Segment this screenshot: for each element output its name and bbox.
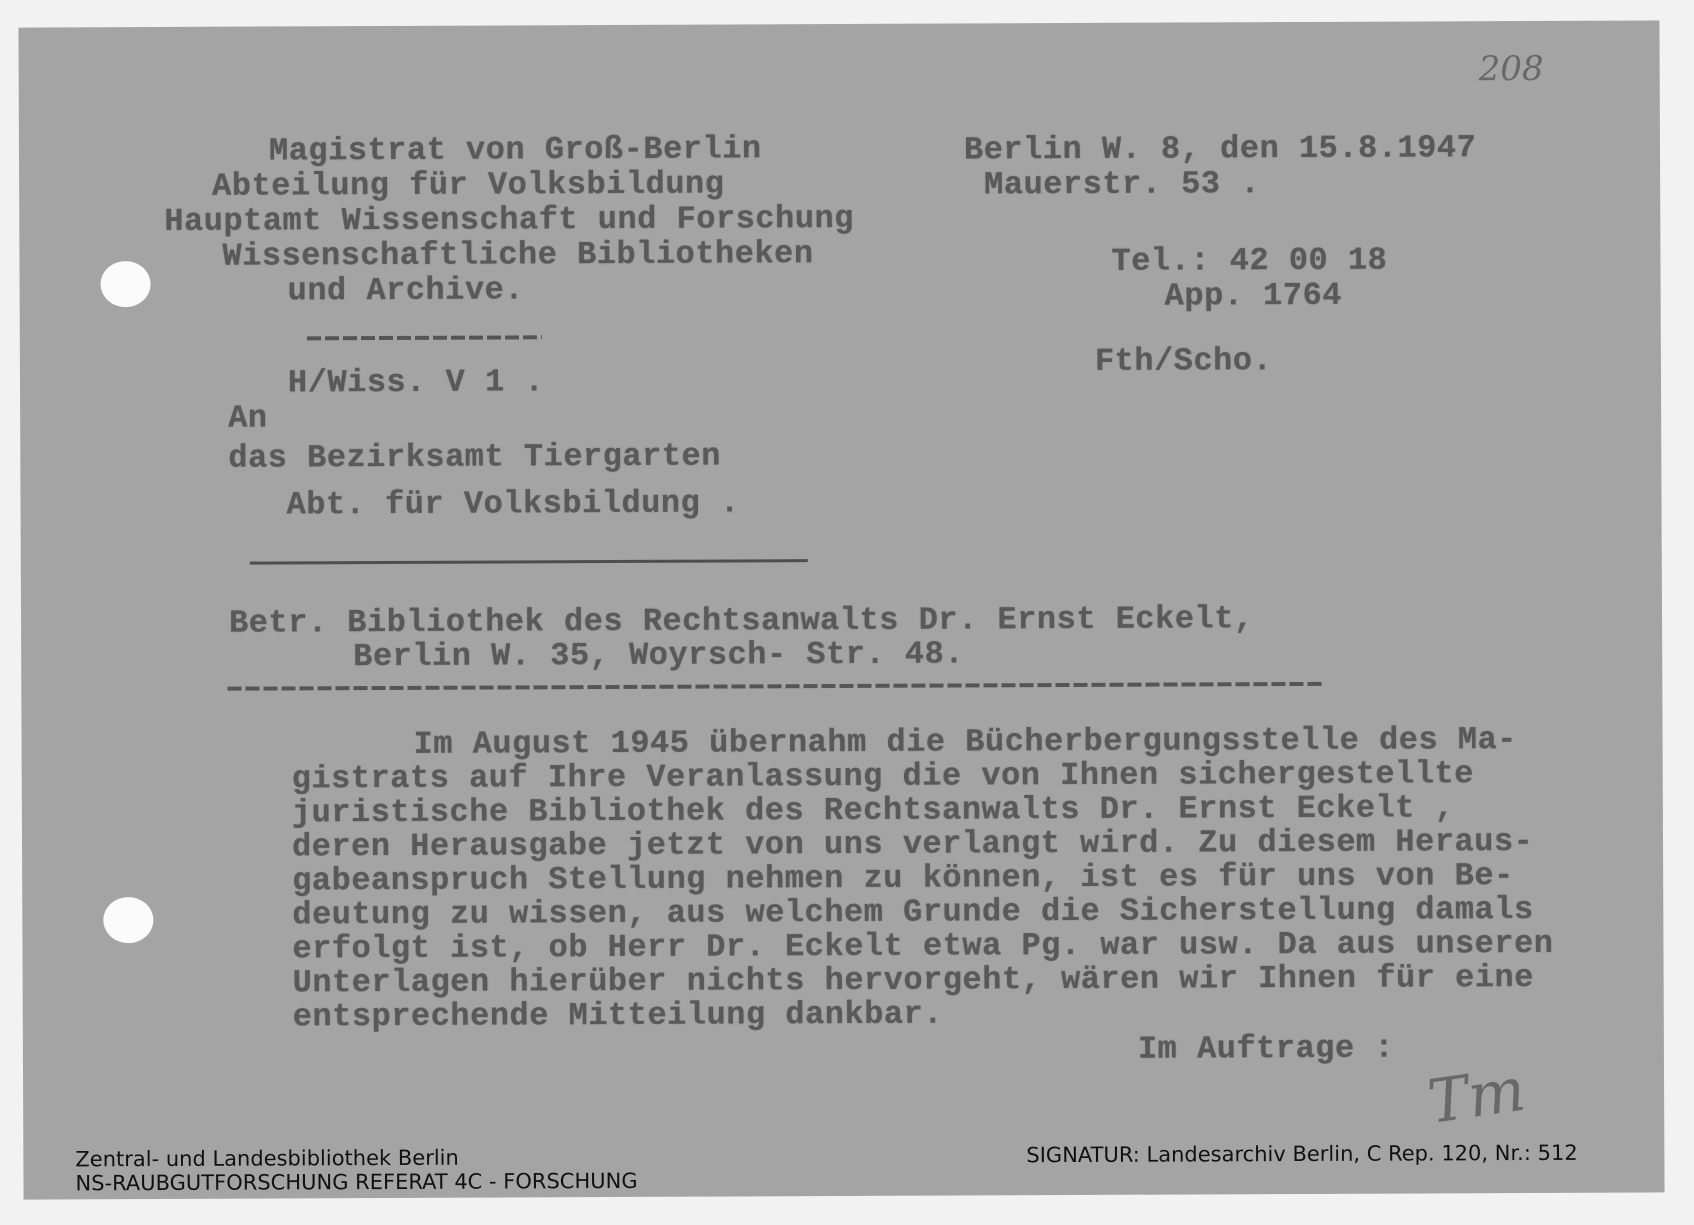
document-page: 208 Magistrat von Groß-Berlin Abteilung … xyxy=(18,20,1664,1199)
letterhead-line: Hauptamt Wissenschaft und Forschung xyxy=(164,202,854,239)
body-line: Unterlagen hierüber nichts hervorgeht, w… xyxy=(293,961,1534,1000)
letterhead-line: Magistrat von Groß-Berlin xyxy=(269,132,762,168)
recipient-line: Abt. für Volksbildung . xyxy=(286,486,739,522)
signature: Tm xyxy=(1424,1055,1530,1138)
subject-line: Berlin W. 35, Woyrsch- Str. 48. xyxy=(353,637,964,674)
initials: Fth/Scho. xyxy=(1095,344,1272,379)
page-number-handwritten: 208 xyxy=(1479,49,1544,89)
letterhead-line: und Archive. xyxy=(288,273,525,308)
footer-department: NS-RAUBGUTFORSCHUNG REFERAT 4C - FORSCHU… xyxy=(75,1169,637,1195)
footer-library: Zentral- und Landesbibliothek Berlin xyxy=(75,1146,458,1172)
telephone: Tel.: 42 00 18 xyxy=(1111,244,1387,279)
letterhead-line: Wissenschaftliche Bibliotheken xyxy=(222,237,813,274)
subject-line: Betr. Bibliothek des Rechtsanwalts Dr. E… xyxy=(229,602,1254,640)
recipient-divider xyxy=(250,559,808,564)
subject-divider xyxy=(227,682,1325,691)
letterhead: Magistrat von Groß-Berlin Abteilung für … xyxy=(18,20,1659,27)
recipient-line: das Bezirksamt Tiergarten xyxy=(228,440,721,476)
street-address: Mauerstr. 53 . xyxy=(984,167,1260,202)
extension: App. 1764 xyxy=(1165,279,1342,314)
footer-signature-reference: SIGNATUR: Landesarchiv Berlin, C Rep. 12… xyxy=(1026,1141,1577,1167)
letter-body: Im August 1945 übernahm die Bücherbergun… xyxy=(18,20,1659,27)
recipient-to: An xyxy=(228,402,268,436)
recipient: An das Bezirksamt Tiergarten Abt. für Vo… xyxy=(18,20,1659,27)
place-date: Berlin W. 8, den 15.8.1947 xyxy=(964,131,1476,167)
punch-hole-bottom xyxy=(103,897,153,943)
letterhead-line: Abteilung für Volksbildung xyxy=(212,168,724,204)
punch-hole-top xyxy=(100,261,150,307)
sender-info: Berlin W. 8, den 15.8.1947 Mauerstr. 53 … xyxy=(18,20,1659,27)
letterhead-divider xyxy=(307,335,542,340)
reference-code: H/Wiss. V 1 . xyxy=(288,365,544,400)
body-line: entsprechende Mitteilung dankbar. xyxy=(293,998,943,1035)
subject: Betr. Bibliothek des Rechtsanwalts Dr. E… xyxy=(18,20,1659,27)
closing: Im Auftrage : xyxy=(1138,1032,1394,1067)
